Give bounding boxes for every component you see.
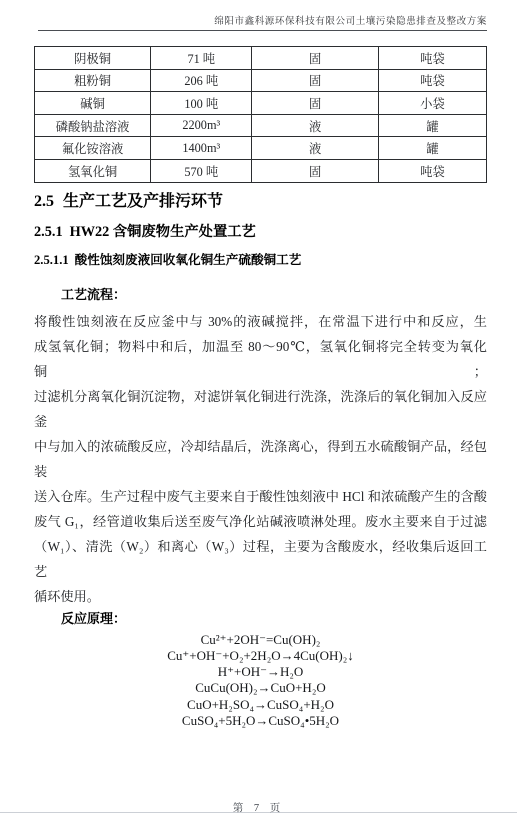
material-name-cell: 氟化铵溶液 (35, 137, 151, 160)
material-amount-cell: 1400m³ (151, 137, 252, 160)
material-amount-cell: 2200m³ (151, 114, 252, 137)
paragraph-line: 将酸性蚀刻液在反应釜中与 30%的液碱搅拌，在常温下进行中和反应，生 (34, 309, 487, 334)
material-amount-cell: 206 吨 (151, 69, 252, 92)
materials-table-body: 阴极铜 71 吨 固 吨袋 粗粉铜 206 吨 固 吨袋 碱铜 (35, 47, 487, 183)
material-state-cell: 固 (252, 92, 379, 115)
material-name-cell: 粗粉铜 (35, 69, 151, 92)
section-number: 2.5 (34, 193, 54, 210)
materials-table: 阴极铜 71 吨 固 吨袋 粗粉铜 206 吨 固 吨袋 碱铜 (34, 46, 487, 183)
table-row: 粗粉铜 206 吨 固 吨袋 (35, 69, 487, 92)
material-name-cell: 磷酸钠盐溶液 (35, 114, 151, 137)
section-title: 生产工艺及产排污环节 (63, 193, 223, 210)
section-number: 2.5.1.1 (34, 253, 69, 267)
chemical-equation: CuO+H₂SO₄→CuSO₄+H₂O (34, 697, 487, 713)
header-title: 绵阳市鑫科源环保科技有限公司土壤污染隐患排查及整改方案 (34, 16, 487, 28)
paragraph-line: 循环使用。 (34, 584, 487, 609)
page-content: 绵阳市鑫科源环保科技有限公司土壤污染隐患排查及整改方案 阴极铜 71 吨 固 吨… (0, 16, 517, 729)
section-heading-2-5-1-1: 2.5.1.1酸性蚀刻废液回收氧化铜生产硫酸铜工艺 (34, 252, 487, 268)
paragraph-line: 成氢氧化铜；物料中和后，加温至 80～90℃，氢氧化铜将完全转变为氧化铜； (34, 334, 487, 384)
material-packaging-cell: 罐 (378, 114, 486, 137)
table-row: 碱铜 100 吨 固 小袋 (35, 92, 487, 115)
chemical-equation: CuSO₄+5H₂O→CuSO₄•5H₂O (34, 713, 487, 729)
table-row: 磷酸钠盐溶液 2200m³ 液 罐 (35, 114, 487, 137)
chemical-equation: CuCu(OH)₂→CuO+H₂O (34, 680, 487, 696)
material-packaging-cell: 小袋 (378, 92, 486, 115)
material-state-cell: 液 (252, 137, 379, 160)
material-name-cell: 氢氧化铜 (35, 159, 151, 182)
material-amount-cell: 100 吨 (151, 92, 252, 115)
material-amount-cell: 570 吨 (151, 159, 252, 182)
material-state-cell: 固 (252, 69, 379, 92)
material-packaging-cell: 吨袋 (378, 47, 486, 70)
page-number: 第 7 页 (0, 800, 517, 815)
paragraph-line: （W₁）、清洗（W₂）和离心（W₃）过程，主要为含酸废水，经收集后返回工艺 (34, 534, 487, 584)
material-packaging-cell: 吨袋 (378, 159, 486, 182)
table-row: 氢氧化铜 570 吨 固 吨袋 (35, 159, 487, 182)
section-title: 酸性蚀刻废液回收氧化铜生产硫酸铜工艺 (75, 253, 302, 267)
paragraph-line: 送入仓库。生产过程中废气主要来自于酸性蚀刻液中 HCl 和浓硫酸产生的含酸 (34, 484, 487, 509)
material-name-cell: 阴极铜 (35, 47, 151, 70)
document-page: 绵阳市鑫科源环保科技有限公司土壤污染隐患排查及整改方案 阴极铜 71 吨 固 吨… (0, 0, 517, 819)
material-state-cell: 固 (252, 159, 379, 182)
paragraph-line: 中与加入的浓硫酸反应，冷却结晶后，洗涤离心，得到五水硫酸铜产品，经包装 (34, 434, 487, 484)
chemical-equation: Cu²⁺+2OH⁻=Cu(OH)₂ (34, 632, 487, 648)
section-heading-2-5-1: 2.5.1HW22 含铜废物生产处置工艺 (34, 223, 487, 241)
reaction-equations: Cu²⁺+2OH⁻=Cu(OH)₂ Cu⁺+OH⁻+O₂+2H₂O→4Cu(OH… (34, 632, 487, 730)
process-flow-label: 工艺流程： (61, 288, 487, 302)
section-title: HW22 含铜废物生产处置工艺 (70, 224, 256, 240)
chemical-equation: Cu⁺+OH⁻+O₂+2H₂O→4Cu(OH)₂↓ (34, 648, 487, 664)
material-state-cell: 固 (252, 47, 379, 70)
section-heading-2-5: 2.5生产工艺及产排污环节 (34, 192, 487, 211)
table-row: 氟化铵溶液 1400m³ 液 罐 (35, 137, 487, 160)
table-row: 阴极铜 71 吨 固 吨袋 (35, 47, 487, 70)
material-amount-cell: 71 吨 (151, 47, 252, 70)
material-name-cell: 碱铜 (35, 92, 151, 115)
chemical-equation: H⁺+OH⁻→H₂O (34, 664, 487, 680)
reaction-principle-label: 反应原理： (61, 612, 487, 626)
material-packaging-cell: 吨袋 (378, 69, 486, 92)
paragraph-line: 废气 G₁，经管道收集后送至废气净化站碱液喷淋处理。废水主要来自于过滤 (34, 509, 487, 534)
header-rule (38, 30, 487, 31)
process-paragraph: 将酸性蚀刻液在反应釜中与 30%的液碱搅拌，在常温下进行中和反应，生 成氢氧化铜… (34, 309, 487, 609)
material-packaging-cell: 罐 (378, 137, 486, 160)
section-number: 2.5.1 (34, 224, 63, 240)
paragraph-line: 过滤机分离氧化铜沉淀物，对滤饼氧化铜进行洗涤，洗涤后的氧化铜加入反应釜 (34, 384, 487, 434)
material-state-cell: 液 (252, 114, 379, 137)
